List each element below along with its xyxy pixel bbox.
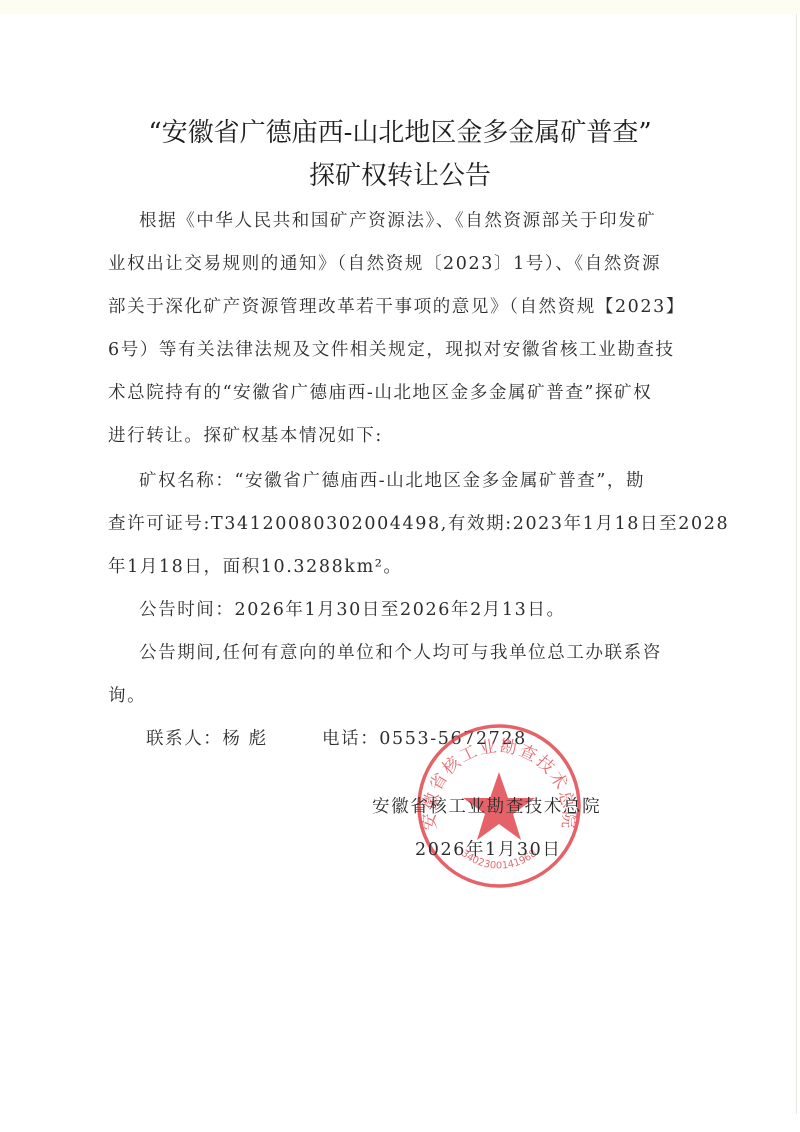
body-line: 术总院持有的“安徽省广德庙西-山北地区金多金属矿普查”探矿权 bbox=[108, 379, 652, 404]
consultation-note-end: 询。 bbox=[108, 682, 146, 707]
scan-top-strip bbox=[0, 0, 800, 14]
signature-date: 2026年1月30日 bbox=[415, 836, 561, 861]
mining-right-name: 矿权名称：“安徽省广德庙西-山北地区金多金属矿普查”，勘 bbox=[139, 467, 645, 492]
signature-organization: 安徽省核工业勘查技术总院 bbox=[372, 793, 601, 818]
document-title-line2: 探矿权转让公告 bbox=[0, 155, 800, 192]
license-number-validity: 查许可证号:T34120080302004498,有效期:2023年1月18日至… bbox=[108, 510, 729, 535]
contact-person: 联系人：杨 彪 bbox=[146, 725, 268, 750]
body-line: 业权出让交易规则的通知》（自然资规〔2023〕1号）、《自然资源 bbox=[108, 250, 661, 275]
body-line: 6号）等有关法律法规及文件相关规定，现拟对安徽省核工业勘查技 bbox=[108, 336, 675, 361]
body-line: 根据《中华人民共和国矿产资源法》、《自然资源部关于印发矿 bbox=[139, 207, 656, 232]
area: 年1月18日，面积10.3288km²。 bbox=[108, 553, 402, 578]
body-line: 进行转让。探矿权基本情况如下: bbox=[108, 422, 383, 447]
announcement-period: 公告时间：2026年1月30日至2026年2月13日。 bbox=[139, 596, 566, 621]
body-line: 部关于深化矿产资源管理改革若干事项的意见》（自然资规【2023】 bbox=[108, 293, 685, 318]
consultation-note: 公告期间,任何有意向的单位和个人均可与我单位总工办联系咨 bbox=[139, 639, 662, 664]
document-title-line1: “安徽省广德庙西-山北地区金多金属矿普查” bbox=[0, 112, 800, 149]
